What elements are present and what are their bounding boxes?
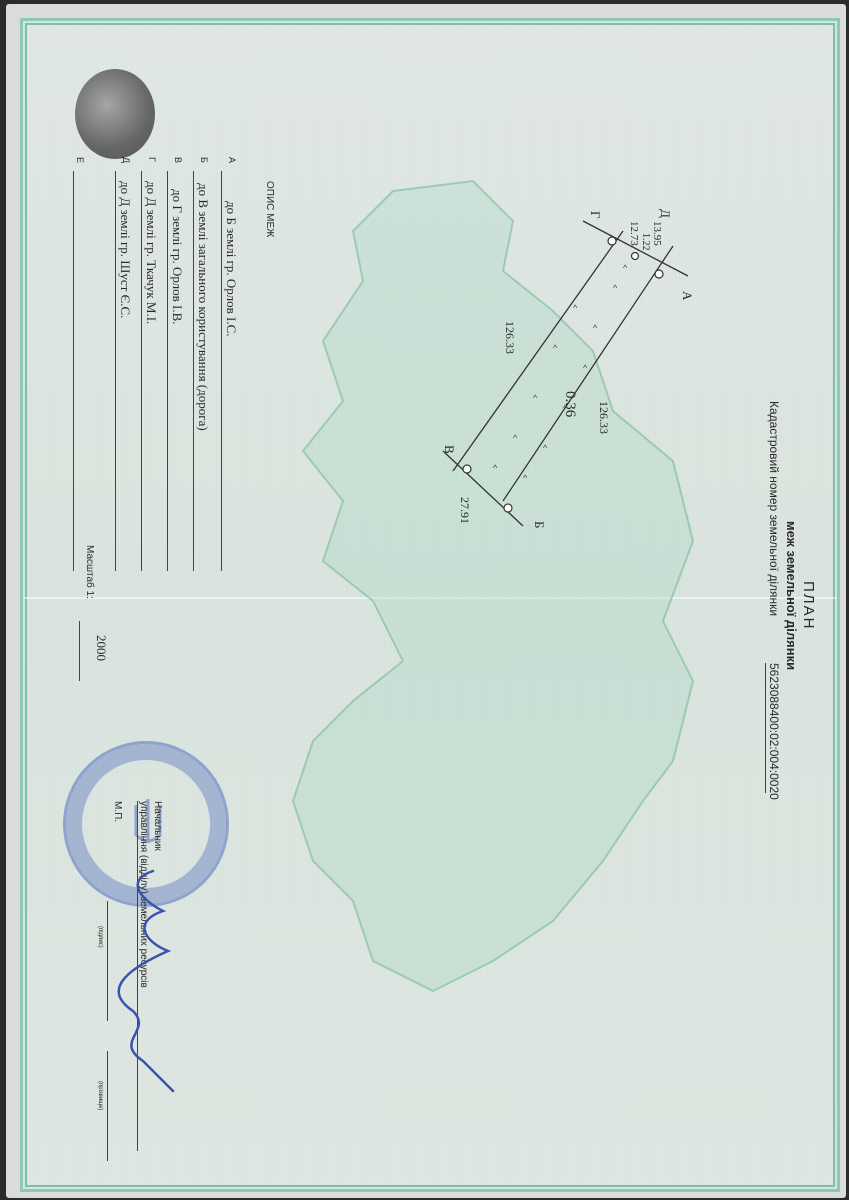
svg-text:^: ^ (623, 263, 628, 273)
boundary-line-g (141, 171, 142, 571)
document-subtitle: меж земельної ділянки (784, 521, 799, 670)
boundary-text-g: до Д землі гр. Ткачук М.І. (143, 181, 159, 324)
d-a-length: 13.95 (651, 221, 663, 246)
side-top-length: 126.33 (596, 401, 611, 434)
seal-label: М.П. (112, 801, 123, 822)
boundary-from-d: Д (121, 157, 131, 163)
document-sheet: ПЛАН меж земельної ділянки Кадастровий н… (6, 4, 846, 1198)
document-title: ПЛАН (800, 581, 817, 630)
svg-text:^: ^ (493, 463, 498, 473)
point-v-label: В (441, 445, 457, 454)
svg-text:^: ^ (543, 443, 548, 453)
position-title: Начальник (152, 801, 163, 851)
side-bottom-length: 126.33 (502, 321, 517, 354)
side-short-length: 27.91 (457, 497, 472, 524)
point-g-label: Г (587, 211, 603, 219)
svg-text:^: ^ (573, 303, 578, 313)
scale-underline (79, 621, 80, 681)
boundary-text-a: до Б землі гр. Орлов І.С. (223, 201, 239, 336)
cadastral-label: Кадастровий номер земельної ділянки (767, 401, 781, 616)
boundary-line-d (115, 171, 116, 571)
plot-area: 0.36 (561, 391, 578, 417)
d-mid-length: 1.22 (640, 233, 651, 251)
svg-text:^: ^ (593, 323, 598, 333)
g-d-length: 12.73 (628, 221, 640, 246)
svg-text:^: ^ (513, 433, 518, 443)
svg-text:^: ^ (533, 393, 538, 403)
plot-diagram: ^^^ ^^^ ^^^ ^^^ (423, 201, 723, 541)
boundary-from-e: Е (75, 157, 85, 163)
svg-text:^: ^ (583, 363, 588, 373)
cadastral-underline (765, 663, 766, 793)
boundary-text-d: до Д землі гр. Шуст Є.С. (117, 181, 133, 318)
cadastral-number: 5623088400:02:004:0020 (767, 663, 781, 800)
point-b-label: Б (531, 521, 547, 528)
svg-text:^: ^ (553, 343, 558, 353)
hologram-seal (75, 69, 155, 159)
scale-value: 2000 (93, 635, 109, 661)
plan-form: ПЛАН меж земельної ділянки Кадастровий н… (20, 18, 840, 1192)
boundaries-heading: ОПИС МЕЖ (264, 181, 275, 237)
boundary-text-b: до В землі загального користування (доро… (195, 183, 211, 431)
point-d-label: Д (657, 209, 673, 218)
point-a-label: А (679, 291, 695, 300)
boundary-line-b (193, 171, 194, 571)
boundary-from-a: А (227, 157, 237, 163)
boundary-from-v: В (173, 157, 183, 163)
boundary-line-v (167, 171, 168, 571)
boundary-line-a (221, 171, 222, 571)
boundary-from-b: Б (199, 157, 209, 163)
handwritten-signature (83, 861, 203, 1101)
svg-text:^: ^ (613, 283, 618, 293)
boundary-text-v: до Г землі гр. Орлов І.В. (169, 189, 185, 325)
scale-label: Масштаб 1: (84, 545, 95, 599)
boundary-line-e (73, 171, 74, 571)
svg-text:^: ^ (523, 473, 528, 483)
boundary-from-g: Г (147, 157, 157, 162)
